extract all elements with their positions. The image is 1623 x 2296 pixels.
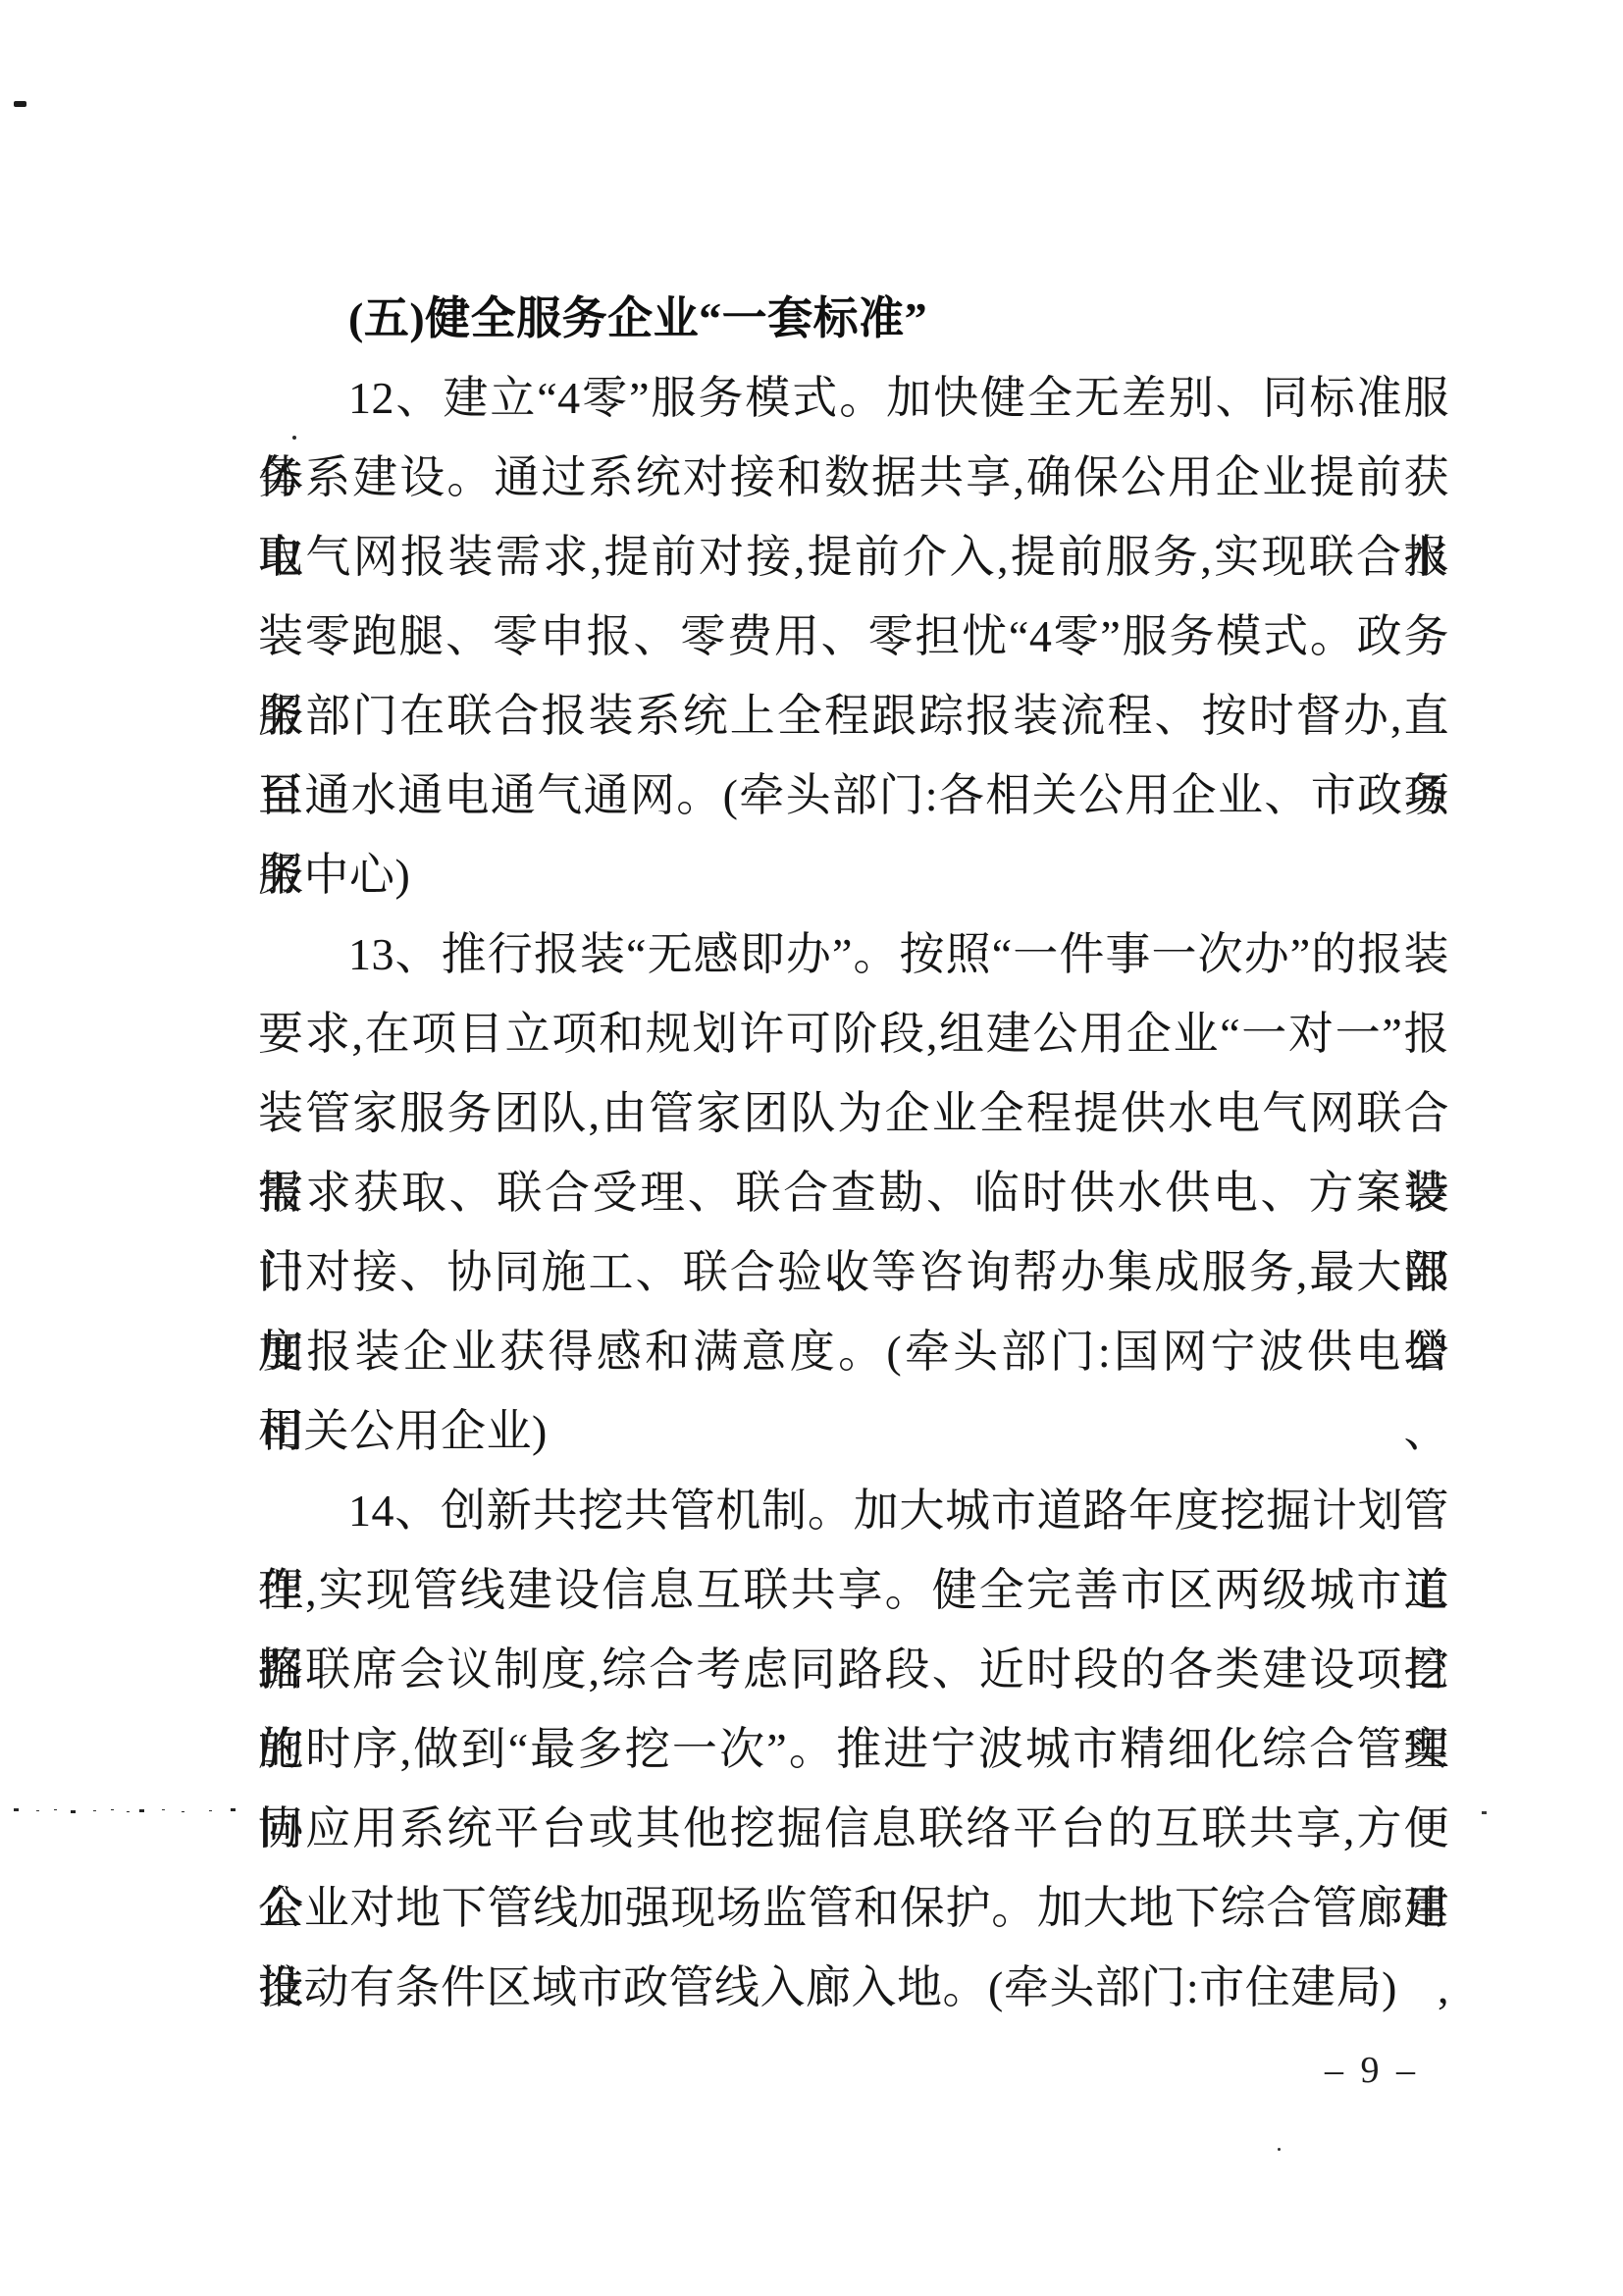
paragraph-14-line: 企业对地下管线加强现场监管和保护。加大地下综合管廊建设,: [258, 1868, 1449, 1948]
paragraph-14-line: 14、创新共挖共管机制。加大城市道路年度挖掘计划管理工: [258, 1471, 1449, 1550]
section-heading: (五)健全服务企业“一套标准”: [258, 279, 1449, 358]
paragraph-13-line: 13、推行报装“无感即办”。按照“一件事一次办”的报装: [258, 914, 1449, 994]
paragraph-14-line: 施时序,做到“最多挖一次”。推进宁波城市精细化综合管理协: [258, 1709, 1449, 1789]
paragraph-13-line: 加报装企业获得感和满意度。(牵头部门:国网宁波供电公司、: [258, 1312, 1449, 1391]
paragraph-13-line: 装管家服务团队,由管家团队为企业全程提供水电气网联合报装: [258, 1073, 1449, 1153]
scan-artifact-dash: [14, 101, 26, 107]
paragraph-12-line: 务中心): [258, 835, 1449, 914]
scan-artifact-dot: [1482, 1811, 1487, 1814]
paragraph-12-line: 务部门在联合报装系统上全程跟踪报装流程、按时督办,直至项: [258, 676, 1449, 756]
paragraph-14-line: 掘联席会议制度,综合考虑同路段、近时段的各类建设项目的实: [258, 1630, 1449, 1709]
scan-artifact-dot: [1278, 2148, 1281, 2151]
paragraph-13-line: 需求获取、联合受理、联合查勘、临时供水供电、方案设计、部: [258, 1153, 1449, 1232]
document-page: (五)健全服务企业“一套标准” 12、建立“4零”服务模式。加快健全无差别、同标…: [0, 0, 1623, 2296]
scan-noise-dots: [14, 1808, 19, 1811]
paragraph-13-line: 要求,在项目立项和规划许可阶段,组建公用企业“一对一”报: [258, 994, 1449, 1073]
paragraph-12-line: 12、建立“4零”服务模式。加快健全无差别、同标准服务: [258, 358, 1449, 438]
paragraph-14-line: 推动有条件区域市政管线入廊入地。(牵头部门:市住建局): [258, 1948, 1449, 2027]
document-text-block: (五)健全服务企业“一套标准” 12、建立“4零”服务模式。加快健全无差别、同标…: [258, 279, 1449, 2027]
paragraph-14-line: 同应用系统平台或其他挖掘信息联络平台的互联共享,方便公用: [258, 1789, 1449, 1868]
paragraph-12-line: 目通水通电通气通网。(牵头部门:各相关公用企业、市政务服: [258, 756, 1449, 835]
page-number: – 9 –: [1325, 2049, 1462, 2092]
paragraph-12-line: 装零跑腿、零申报、零费用、零担忧“4零”服务模式。政务服: [258, 597, 1449, 676]
paragraph-13-line: 门对接、协同施工、联合验收等咨询帮办集成服务,最大限度增: [258, 1232, 1449, 1312]
paragraph-12-line: 电气网报装需求,提前对接,提前介入,提前服务,实现联合报: [258, 517, 1449, 597]
paragraph-12-line: 体系建设。通过系统对接和数据共享,确保公用企业提前获取水: [258, 438, 1449, 517]
paragraph-14-line: 作,实现管线建设信息互联共享。健全完善市区两级城市道路挖: [258, 1550, 1449, 1630]
